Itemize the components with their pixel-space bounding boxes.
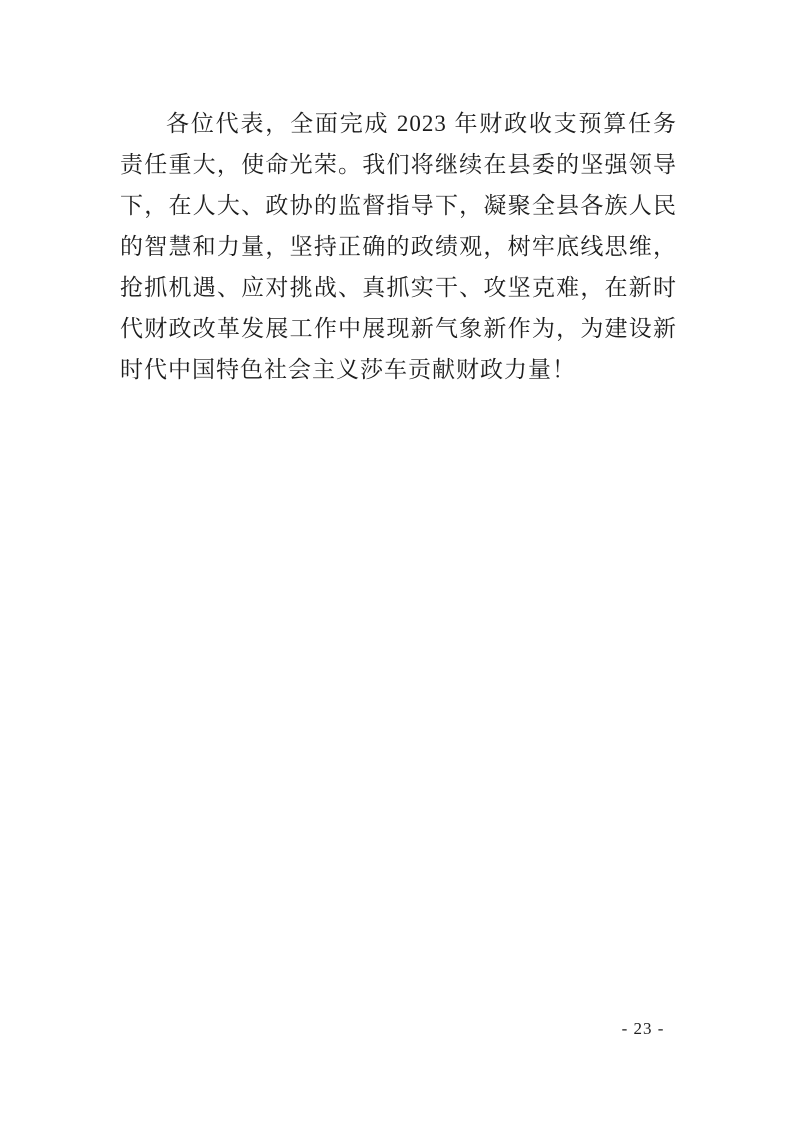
page-number: - 23 - <box>608 1018 678 1040</box>
body-paragraph: 各位代表，全面完成 2023 年财政收支预算任务责任重大，使命光荣。我们将继续在… <box>120 103 677 390</box>
document-page: 各位代表，全面完成 2023 年财政收支预算任务责任重大，使命光荣。我们将继续在… <box>0 0 793 1122</box>
